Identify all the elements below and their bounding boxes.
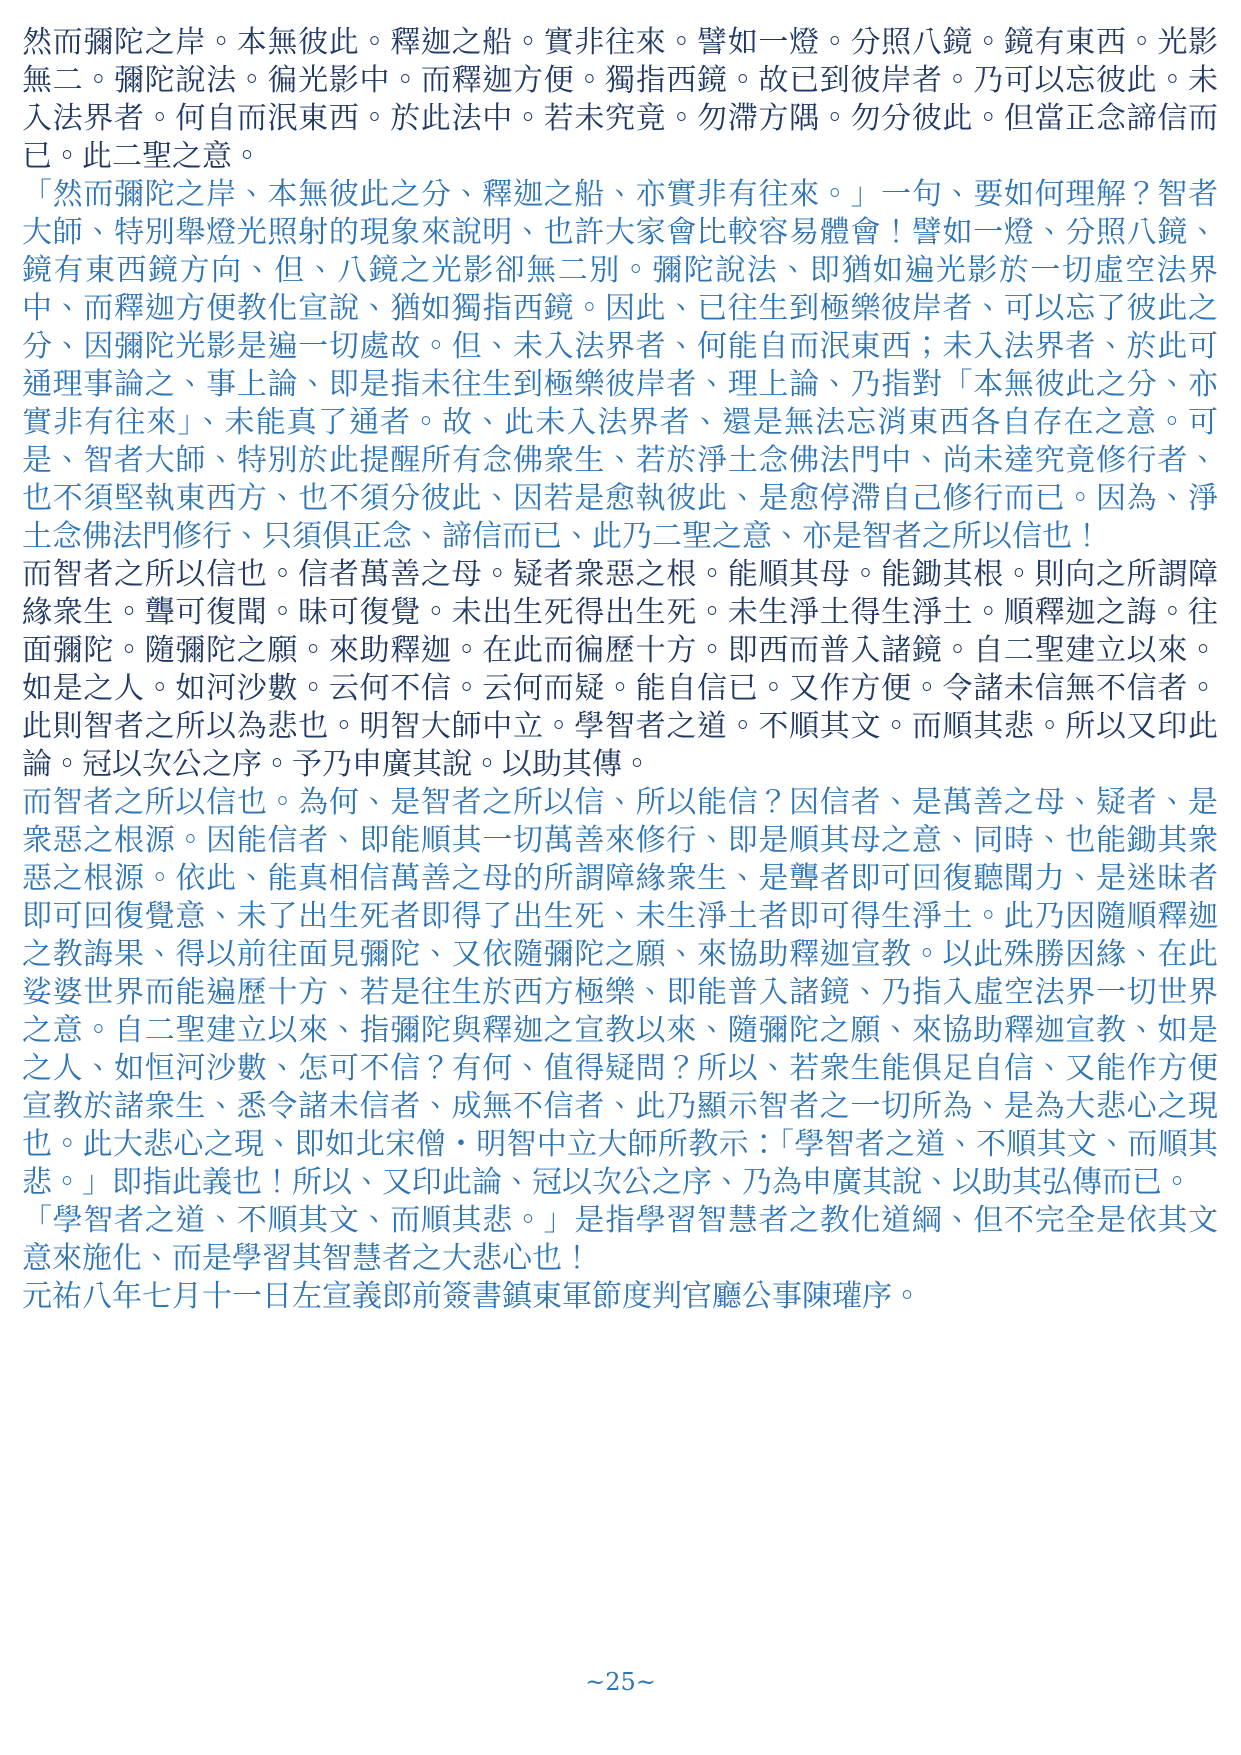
document-page: 然而彌陀之岸。本無彼此。釋迦之船。實非往來。譬如一燈。分照八鏡。鏡有東西。光影無…: [0, 0, 1241, 1755]
paragraph-classical-2: 而智者之所以信也。信者萬善之母。疑者衆惡之根。能順其母。能鋤其根。則向之所謂障緣…: [22, 556, 1218, 784]
text-content: 然而彌陀之岸。本無彼此。釋迦之船。實非往來。譬如一燈。分照八鏡。鏡有東西。光影無…: [22, 24, 1218, 1316]
paragraph-classical-1: 然而彌陀之岸。本無彼此。釋迦之船。實非往來。譬如一燈。分照八鏡。鏡有東西。光影無…: [22, 24, 1218, 176]
paragraph-colophon: 元祐八年七月十一日左宣義郎前簽書鎮東軍節度判官廳公事陳瓘序。: [22, 1278, 1218, 1316]
paragraph-commentary-3: 「學智者之道、不順其文、而順其悲。」是指學習智慧者之教化道綱、但不完全是依其文意…: [22, 1202, 1218, 1278]
page-number: ~25~: [0, 1668, 1241, 1696]
paragraph-commentary-2: 而智者之所以信也。為何、是智者之所以信、所以能信？因信者、是萬善之母、疑者、是衆…: [22, 784, 1218, 1202]
paragraph-commentary-1: 「然而彌陀之岸、本無彼此之分、釋迦之船、亦實非有往來。」一句、要如何理解？智者大…: [22, 176, 1218, 556]
